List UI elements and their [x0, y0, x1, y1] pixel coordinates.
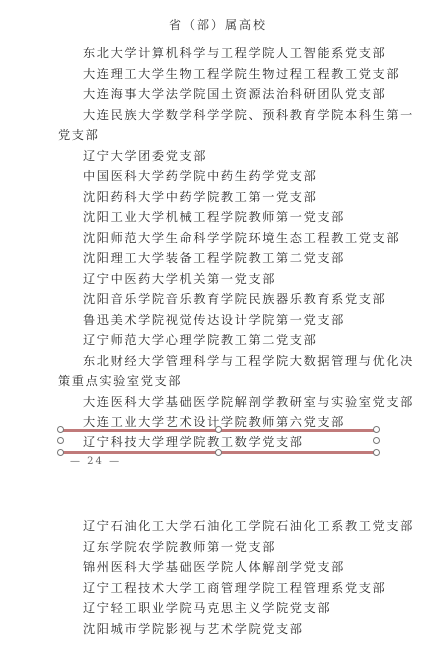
resize-handle-top-right[interactable]	[373, 426, 380, 433]
list-item: 辽宁石油化工大学石油化工学院石油化工系教工党支部	[83, 518, 414, 534]
list-item: 大连工业大学艺术设计学院教师第六党支部	[83, 414, 345, 430]
list-item: 辽宁工程技术大学工商管理学院工程管理系党支部	[83, 580, 386, 596]
list-item: 辽宁大学团委党支部	[83, 148, 207, 164]
list-item: 沈阳理工大学装备工程学院教工第二党支部	[83, 250, 345, 266]
list-item: 中国医科大学药学院中药生药学党支部	[83, 168, 317, 184]
resize-handle-middle-right[interactable]	[373, 437, 380, 444]
list-item: 大连海事大学法学院国土资源法治科研团队党支部	[83, 86, 386, 102]
list-item: 鲁迅美术学院视觉传达设计学院第一党支部	[83, 312, 345, 328]
list-item-continuation: 党支部	[58, 127, 99, 143]
list-item: 东北大学计算机科学与工程学院人工智能系党支部	[83, 45, 386, 61]
resize-handle-top-middle[interactable]	[215, 426, 222, 433]
list-item-continuation: 策重点实验室党支部	[58, 373, 182, 389]
list-item: 大连医科大学基础医学院解剖学教研室与实验室党支部	[83, 394, 414, 410]
list-item: 辽宁师范大学心理学院教工第二党支部	[83, 332, 317, 348]
page-title: 省（部）属高校	[0, 16, 436, 33]
list-item: 沈阳师范大学生命科学学院环境生态工程教工党支部	[83, 230, 400, 246]
resize-handle-bottom-left[interactable]	[57, 449, 64, 456]
resize-handle-bottom-right[interactable]	[373, 449, 380, 456]
list-item: 沈阳工业大学机械工程学院教师第一党支部	[83, 209, 345, 225]
list-item: 沈阳城市学院影视与艺术学院党支部	[83, 621, 304, 637]
resize-handle-bottom-middle[interactable]	[215, 449, 222, 456]
list-item: 辽宁轻工职业学院马克思主义学院党支部	[83, 600, 331, 616]
page-number: — 24 —	[70, 456, 121, 467]
list-item: 沈阳音乐学院音乐教育学院民族器乐教育系党支部	[83, 291, 386, 307]
list-item: 大连理工大学生物工程学院生物过程工程教工党支部	[83, 66, 400, 82]
resize-handle-top-left[interactable]	[57, 426, 64, 433]
list-item: 大连民族大学数学科学学院、预科教育学院本科生第一	[83, 107, 414, 123]
list-item: 东北财经大学管理科学与工程学院大数据管理与优化决	[83, 353, 414, 369]
selected-list-item[interactable]: 辽宁科技大学理学院教工数学党支部	[83, 434, 304, 450]
resize-handle-middle-left[interactable]	[57, 437, 64, 444]
list-item: 辽东学院农学院教师第一党支部	[83, 539, 276, 555]
list-item: 辽宁中医药大学机关第一党支部	[83, 271, 276, 287]
list-item: 沈阳药科大学中药学院教工第一党支部	[83, 189, 317, 205]
list-item: 锦州医科大学基础医学院人体解剖学党支部	[83, 559, 345, 575]
